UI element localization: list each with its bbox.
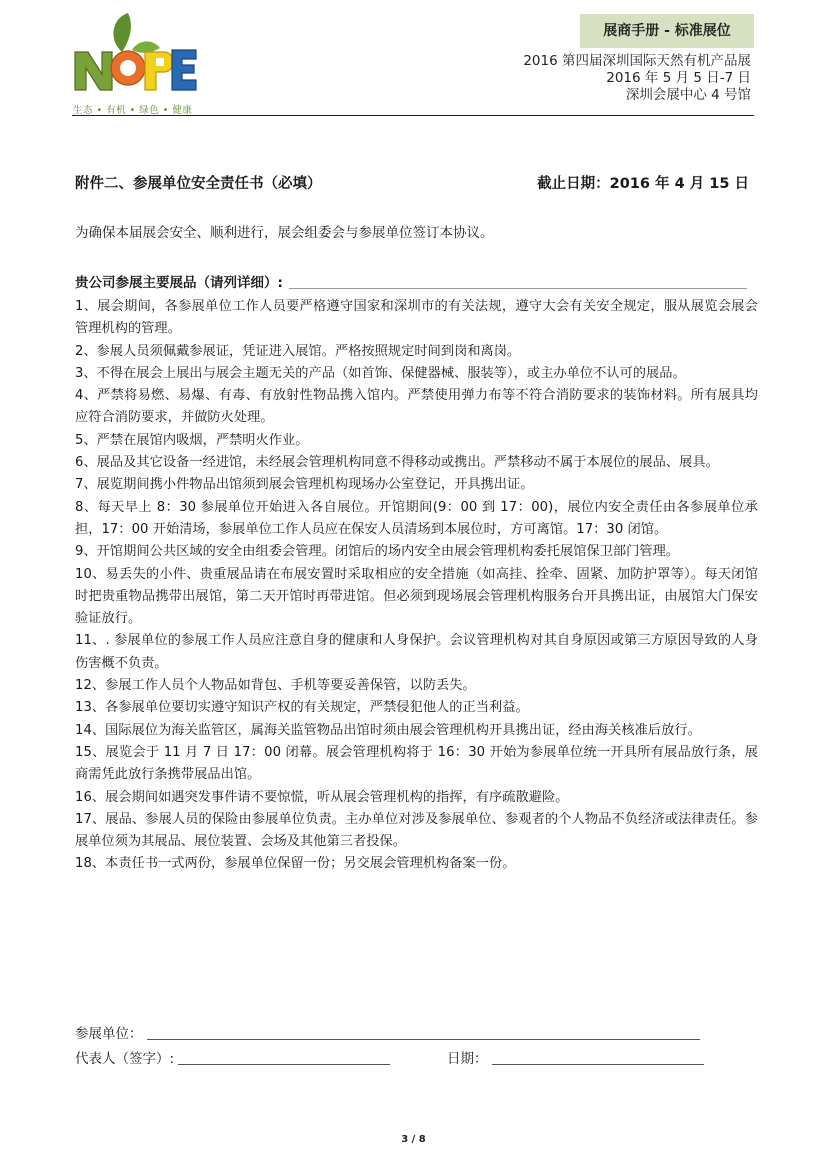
rule-item: 13、各参展单位要切实遵守知识产权的有关规定，严禁侵犯他人的正当利益。 (75, 697, 758, 719)
rule-item: 3、不得在展会上展出与展会主题无关的产品（如首饰、保健器械、服装等），或主办单位… (75, 363, 758, 385)
company-label: 参展单位： (75, 1022, 143, 1042)
representative-input-line[interactable] (178, 1064, 390, 1065)
logo-tagline: 生态 • 有机 • 绿色 • 健康 (73, 102, 192, 116)
rule-item: 4、严禁将易燃、易爆、有毒、有放射性物品携入馆内。严禁使用弹力布等不符合消防要求… (75, 385, 758, 430)
main-products-input-line[interactable] (289, 288, 747, 289)
nope-logo-graphic (72, 10, 197, 110)
leaf-icon (113, 13, 130, 52)
representative-label: 代表人（签字）: (75, 1047, 174, 1067)
rule-item: 9、开馆期间公共区域的安全由组委会管理。闭馆后的场内安全由展会管理机构委托展馆保… (75, 541, 758, 563)
date-label: 日期： (447, 1047, 488, 1067)
rule-item: 12、参展工作人员个人物品如背包、手机等要妥善保管，以防丢失。 (75, 675, 758, 697)
rule-item: 16、展会期间如遇突发事件请不要惊慌，听从展会管理机构的指挥，有序疏散避险。 (75, 787, 758, 809)
intro-paragraph: 为确保本届展会安全、顺利进行，展会组委会与参展单位签订本协议。 (75, 221, 494, 241)
date-input-line[interactable] (492, 1064, 704, 1065)
page-number: 3 / 8 (0, 1134, 827, 1145)
event-venue: 深圳会展中心 4 号馆 (523, 87, 751, 104)
rule-item: 5、严禁在展馆内吸烟，严禁明火作业。 (75, 430, 758, 452)
rule-item: 10、易丢失的小件、贵重展品请在布展安置时采取相应的安全措施（如高挂、拴牵、固紧… (75, 564, 758, 631)
rule-item: 18、本责任书一式两份，参展单位保留一份；另交展会管理机构备案一份。 (75, 853, 758, 875)
rule-item: 6、展品及其它设备一经进馆，未经展会管理机构同意不得移动或携出。严禁移动不属于本… (75, 452, 758, 474)
rule-item: 11、. 参展单位的参展工作人员应注意自身的健康和人身保护。会议管理机构对其自身… (75, 630, 758, 675)
event-dates: 2016 年 5 月 5 日-7 日 (523, 70, 751, 87)
main-products-label: 贵公司参展主要展品（请列详细）: (75, 271, 283, 291)
rule-item: 8、每天早上 8：30 参展单位开始进入各自展位。开馆期间(9：00 到 17：… (75, 497, 758, 542)
rules-list: 1、展会期间，各参展单位工作人员要严格遵守国家和深圳市的有关法规，遵守大会有关安… (75, 296, 758, 876)
deadline-date: 截止日期：2016 年 4 月 15 日 (537, 172, 749, 193)
header-divider (72, 115, 754, 116)
company-signature-row: 参展单位： (75, 1022, 700, 1042)
main-products-field: 贵公司参展主要展品（请列详细）: (75, 271, 755, 291)
date-signature-row: 日期： (447, 1047, 704, 1067)
rule-item: 14、国际展位为海关监管区，属海关监管物品出馆时须由展会管理机构开具携出证，经由… (75, 720, 758, 742)
representative-signature-row: 代表人（签字）: (75, 1047, 390, 1067)
rule-item: 15、展览会于 11 月 7 日 17：00 闭幕。展会管理机构将于 16：30… (75, 742, 758, 787)
rule-item: 7、展览期间携小件物品出馆须到展会管理机构现场办公室登记，开具携出证。 (75, 474, 758, 496)
rule-item: 17、展品、参展人员的保险由参展单位负责。主办单位对涉及参展单位、参观者的个人物… (75, 809, 758, 854)
company-input-line[interactable] (147, 1039, 700, 1040)
document-title: 附件二、参展单位安全责任书（必填） (75, 172, 322, 193)
rule-item: 1、展会期间，各参展单位工作人员要严格遵守国家和深圳市的有关法规，遵守大会有关安… (75, 296, 758, 341)
rule-item: 2、参展人员须佩戴参展证，凭证进入展馆。严格按照规定时间到岗和离岗。 (75, 341, 758, 363)
event-name: 2016 第四届深圳国际天然有机产品展 (523, 53, 751, 70)
handbook-badge: 展商手册 - 标准展位 (580, 14, 754, 48)
event-info: 2016 第四届深圳国际天然有机产品展 2016 年 5 月 5 日-7 日 深… (523, 53, 751, 104)
